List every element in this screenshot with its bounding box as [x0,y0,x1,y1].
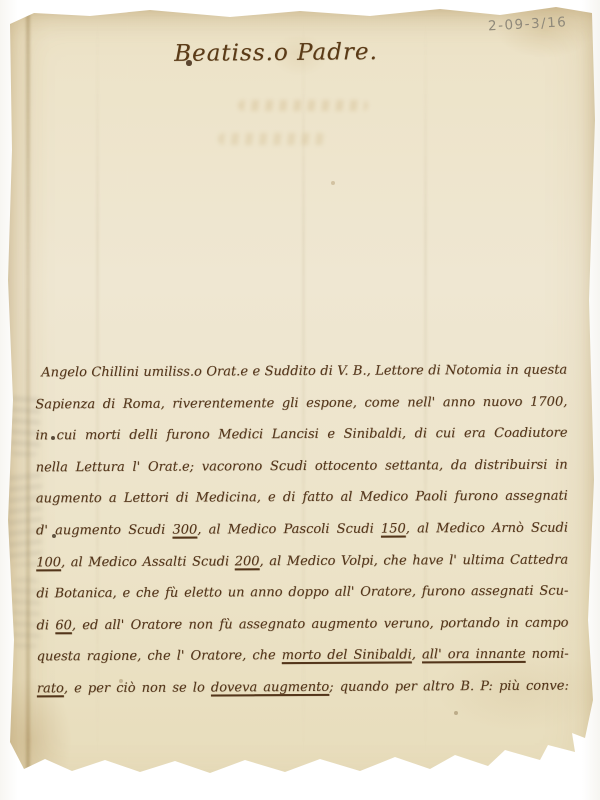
line-text: , al Medico Volpi, che have l' ultima Ca… [260,552,569,569]
manuscript-line: augmento a Lettori di Medicina, e di fat… [36,481,568,515]
scanned-letter: 2-09-3/16 Beatiss.o Padre. Angelo Chilli… [0,0,600,800]
line-text: in cui morti delli furono Medici Lancisi… [35,426,567,444]
underlined-text: doveva augmento [211,680,329,696]
line-text: ; quando per altro B. P: più conve: [329,679,569,695]
manuscript-line: Sapienza di Roma, riverentemente gli esp… [35,386,567,420]
manuscript-line: in cui morti delli furono Medici Lancisi… [35,418,567,452]
line-text: , al Medico Arnò Scudi [406,521,568,537]
line-text: d' augmento Scudi [36,523,172,539]
underlined-text: rato [37,681,64,696]
manuscript-page: 2-09-3/16 Beatiss.o Padre. Angelo Chilli… [0,0,600,800]
manuscript-line: 100, al Medico Assalti Scudi 200, al Med… [36,544,568,578]
underlined-text: morto del Sinibaldi [282,648,412,664]
line-text: nomi- [525,647,568,662]
line-text: , al Medico Assalti Scudi [61,554,235,570]
underlined-text: 100 [36,555,61,570]
bleed-through-mark [238,100,368,111]
manuscript-line: Angelo Chillini umiliss.o Orat.e e Suddi… [35,355,567,389]
manuscript-line: di 60, ed all' Oratore non fù assegnato … [36,607,568,641]
line-text: questa ragione, che l' Oratore, che [37,648,282,664]
line-text: di Botanica, e che fù eletto un anno dop… [36,584,568,602]
archival-number: 2-09-3/16 [488,14,579,35]
line-text: , [412,648,422,663]
line-text: augmento a Lettori di Medicina, e di fat… [36,489,568,507]
line-text: , ed all' Oratore non fù assegnato augme… [72,615,569,633]
underlined-text: 60 [55,618,72,633]
underlined-text: 150 [381,521,406,536]
manuscript-line: rato, e per ciò non se lo doveva augment… [37,671,569,705]
line-text: Angelo Chillini umiliss.o Orat.e e Suddi… [41,363,567,381]
letter-heading: Beatiss.o Padre. [148,39,404,67]
underlined-text: all' ora innante [422,647,526,663]
manuscript-line: questa ragione, che l' Oratore, che mort… [37,639,569,673]
underlined-text: 300 [172,523,197,538]
line-text: nella Lettura l' Orat.e; vacorono Scudi … [36,457,568,475]
manuscript-line: nella Lettura l' Orat.e; vacorono Scudi … [36,449,568,483]
ink-speck [0,0,2,2]
line-text: Sapienza di Roma, riverentemente gli esp… [35,394,567,412]
line-text: , e per ciò non se lo [64,680,211,696]
line-text: , al Medico Pascoli Scudi [197,522,381,538]
letter-body: Angelo Chillini umiliss.o Orat.e e Suddi… [35,355,569,705]
manuscript-line: d' augmento Scudi 300, al Medico Pascoli… [36,513,568,547]
bleed-through-mark [218,133,326,145]
line-text: di [36,618,55,633]
underlined-text: 200 [235,554,260,569]
manuscript-line: di Botanica, e che fù eletto un anno dop… [36,576,568,610]
